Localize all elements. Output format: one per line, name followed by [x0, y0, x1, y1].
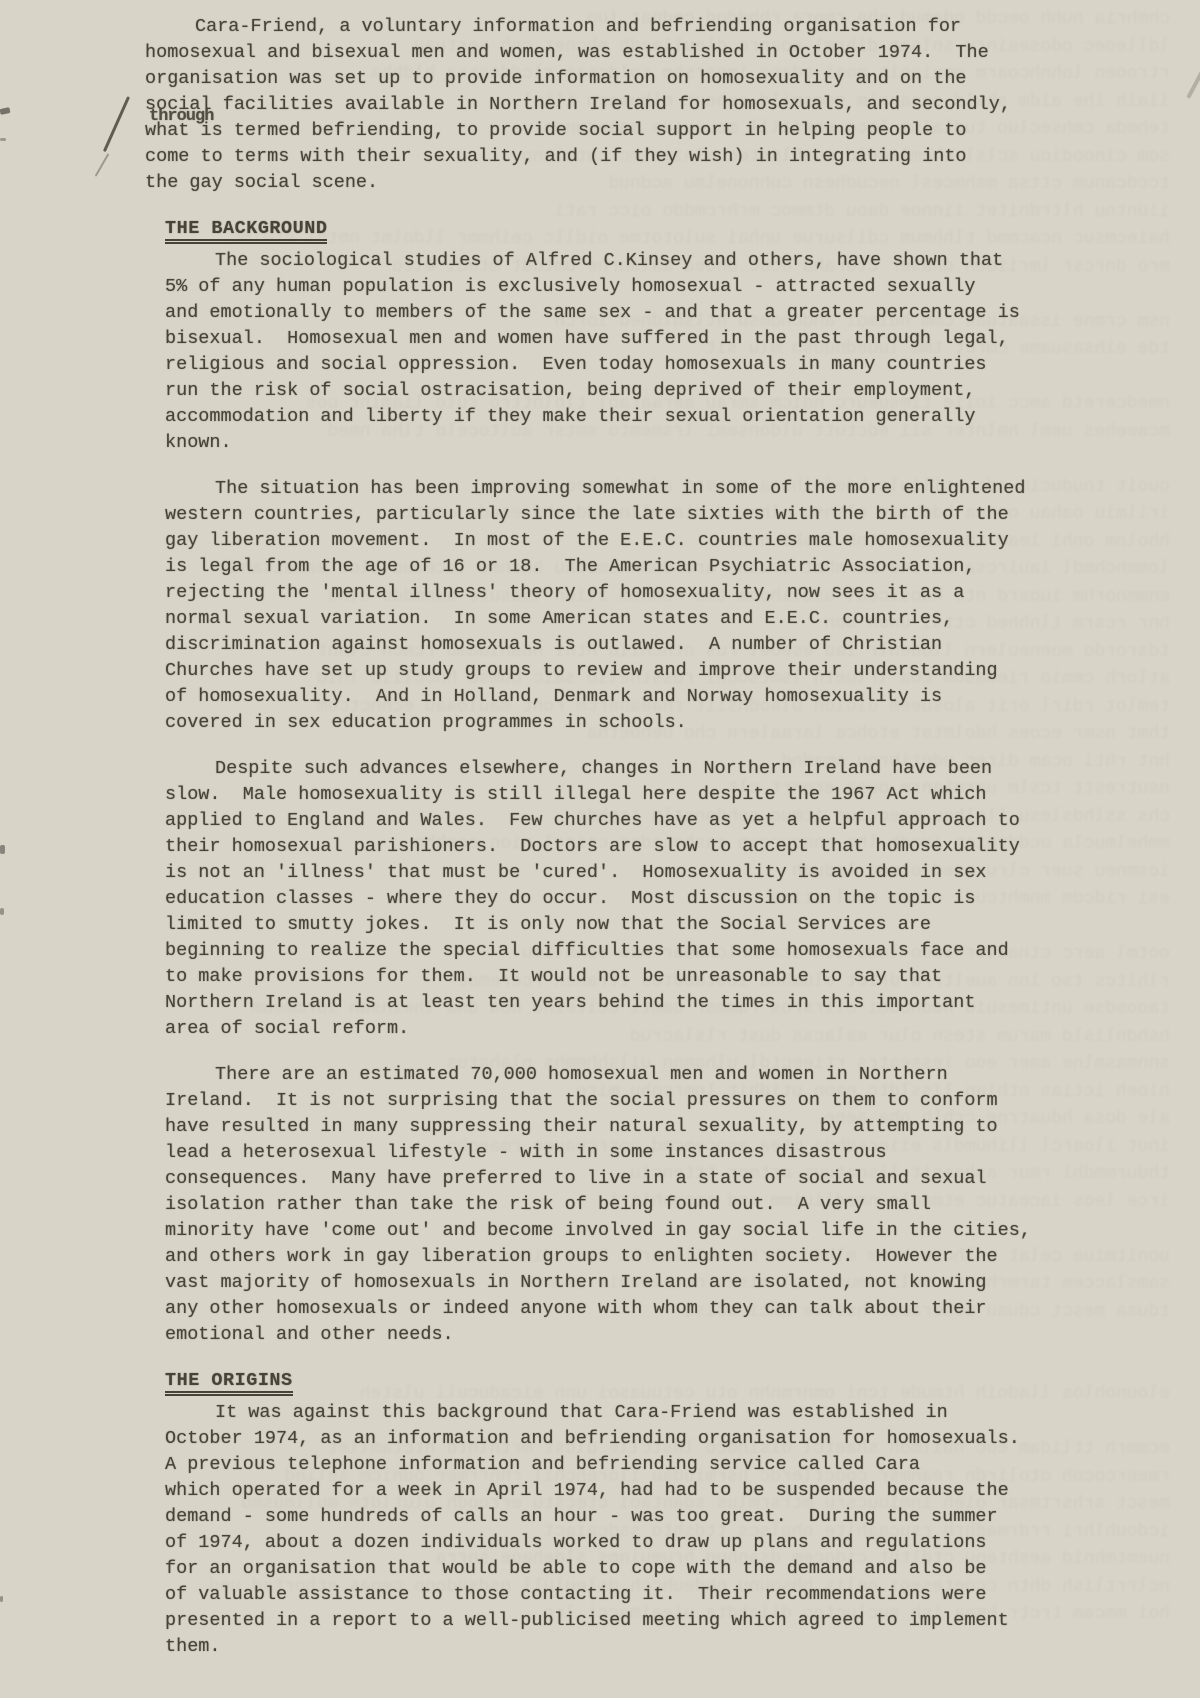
text-line: which operated for a week in April 1974,…	[165, 1478, 1085, 1504]
text-line: consequences. Many have preferred to liv…	[165, 1166, 1085, 1192]
insertion-caret-tail	[95, 153, 110, 177]
text-line: social facilities available in Northern …	[145, 92, 1085, 118]
text-line: slow. Male homosexuality is still illega…	[165, 782, 1085, 808]
text-line: The sociological studies of Alfred C.Kin…	[165, 248, 1085, 274]
text-line: demand - some hundreds of calls an hour …	[165, 1504, 1085, 1530]
text-line: There are an estimated 70,000 homosexual…	[165, 1062, 1085, 1088]
text-line: organisation was set up to provide infor…	[145, 66, 1085, 92]
text-line: presented in a report to a well-publicis…	[165, 1608, 1085, 1634]
text-line: Churches have set up study groups to rev…	[165, 658, 1085, 684]
text-line: them.	[165, 1634, 1085, 1660]
text-line: lead a heterosexual lifestyle - with in …	[165, 1140, 1085, 1166]
text-line: what is termed befriending, to provide s…	[145, 118, 1085, 144]
text-line: Northern Ireland is at least ten years b…	[165, 990, 1085, 1016]
text-line: of valuable assistance to those contacti…	[165, 1582, 1085, 1608]
text-line: western countries, particularly since th…	[165, 502, 1085, 528]
text-line: run the risk of social ostracisation, be…	[165, 378, 1085, 404]
section-heading: THE ORIGINS	[165, 1368, 1085, 1394]
paper-speck	[1186, 67, 1200, 99]
text-line: for an organisation that would be able t…	[165, 1556, 1085, 1582]
text-line: 5% of any human population is exclusivel…	[165, 274, 1085, 300]
text-line: rejecting the 'mental illness' theory of…	[165, 580, 1085, 606]
text-line: beginning to realize the special difficu…	[165, 938, 1085, 964]
text-line: gay liberation movement. In most of the …	[165, 528, 1085, 554]
text-line: accommodation and liberty if they make t…	[165, 404, 1085, 430]
document-page: chmhria nuhh oecdd odamud nha rmora rhhd…	[0, 0, 1200, 1698]
text-line: homosexual and bisexual men and women, w…	[145, 40, 1085, 66]
text-line: emotional and other needs.	[165, 1322, 1085, 1348]
text-line: covered in sex education programmes in s…	[165, 710, 1085, 736]
text-line: to make provisions for them. It would no…	[165, 964, 1085, 990]
text-line: vast majority of homosexuals in Northern…	[165, 1270, 1085, 1296]
insertion-caret-icon	[103, 96, 130, 152]
paragraph: The situation has been improving somewha…	[165, 476, 1085, 736]
section-heading-text: THE BACKGROUND	[165, 218, 327, 244]
paragraph: It was against this background that Cara…	[165, 1400, 1085, 1660]
text-line: applied to England and Wales. Few church…	[165, 808, 1085, 834]
text-line: education classes - where they do occur.…	[165, 886, 1085, 912]
text-line: A previous telephone information and bef…	[165, 1452, 1085, 1478]
text-line: of homosexuality. And in Holland, Denmar…	[165, 684, 1085, 710]
text-line: have resulted in many suppressing their …	[165, 1114, 1085, 1140]
text-line: known.	[165, 430, 1085, 456]
text-line: of 1974, about a dozen individuals worke…	[165, 1530, 1085, 1556]
text-line: religious and social oppression. Even to…	[165, 352, 1085, 378]
paper-speck	[0, 908, 4, 915]
text-line: area of social reform.	[165, 1016, 1085, 1042]
paper-speck	[0, 138, 6, 141]
text-line: any other homosexuals or indeed anyone w…	[165, 1296, 1085, 1322]
text-line: Ireland. It is not surprising that the s…	[165, 1088, 1085, 1114]
text-line: Cara-Friend, a voluntary information and…	[145, 14, 1085, 40]
text-line: It was against this background that Cara…	[165, 1400, 1085, 1426]
text-line: normal sexual variation. In some America…	[165, 606, 1085, 632]
text-line: the gay social scene.	[145, 170, 1085, 196]
text-line: October 1974, as an information and befr…	[165, 1426, 1085, 1452]
text-line: Despite such advances elsewhere, changes…	[165, 756, 1085, 782]
text-line: The situation has been improving somewha…	[165, 476, 1085, 502]
paragraph: Cara-Friend, a voluntary information and…	[145, 14, 1085, 196]
text-line: discrimination against homosexuals is ou…	[165, 632, 1085, 658]
section-heading: THE BACKGROUND	[165, 216, 1085, 242]
text-line: limited to smutty jokes. It is only now …	[165, 912, 1085, 938]
paragraph: Despite such advances elsewhere, changes…	[165, 756, 1085, 1042]
paper-speck	[0, 107, 11, 115]
document-body: Cara-Friend, a voluntary information and…	[165, 14, 1085, 1680]
paper-speck	[0, 1596, 3, 1602]
paper-speck	[0, 845, 5, 854]
inserted-word: through	[149, 104, 213, 130]
text-line: is legal from the age of 16 or 18. The A…	[165, 554, 1085, 580]
text-line: bisexual. Homosexual men and women have …	[165, 326, 1085, 352]
text-line: minority have 'come out' and become invo…	[165, 1218, 1085, 1244]
text-line: and emotionally to members of the same s…	[165, 300, 1085, 326]
text-line: is not an 'illness' that must be 'cured'…	[165, 860, 1085, 886]
text-line: their homosexual parishioners. Doctors a…	[165, 834, 1085, 860]
paragraph: The sociological studies of Alfred C.Kin…	[165, 248, 1085, 456]
paragraph: There are an estimated 70,000 homosexual…	[165, 1062, 1085, 1348]
text-line: isolation rather than take the risk of b…	[165, 1192, 1085, 1218]
text-line: and others work in gay liberation groups…	[165, 1244, 1085, 1270]
section-heading-text: THE ORIGINS	[165, 1370, 293, 1396]
text-line: come to terms with their sexuality, and …	[145, 144, 1085, 170]
